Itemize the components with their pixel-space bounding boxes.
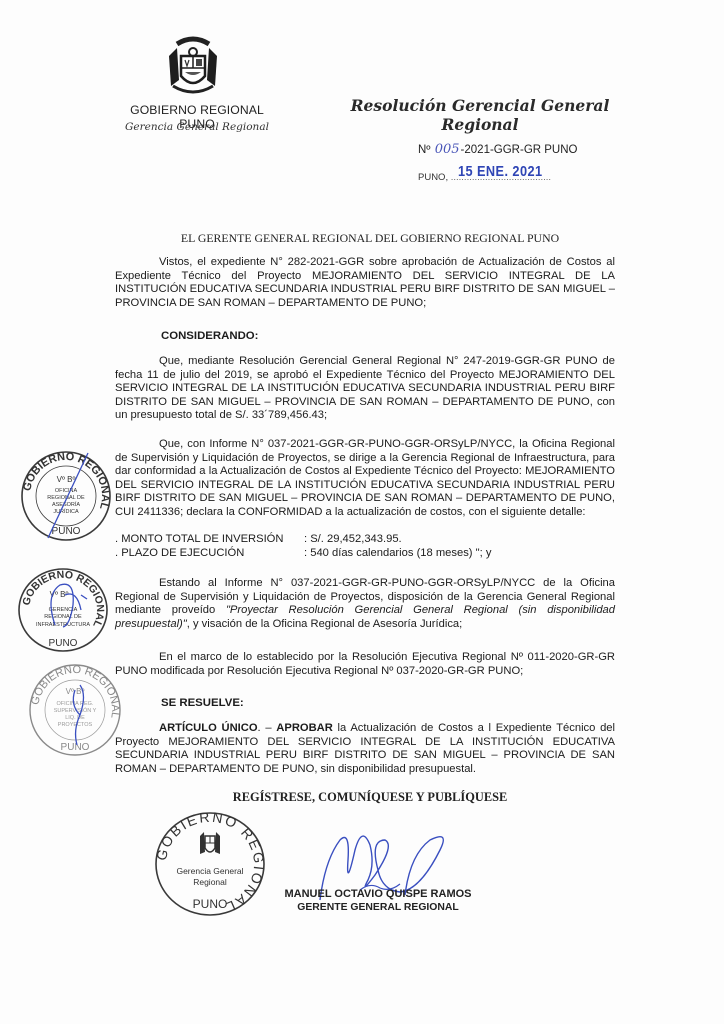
signer-title: GERENTE GENERAL REGIONAL: [268, 902, 488, 913]
handwritten-signature: [300, 820, 460, 915]
considerando-paragraph-3: Estando al Informe N° 037-2021-GGR-GR-PU…: [115, 577, 615, 631]
stamp-gerencia-general: GOBIERNO REGIONAL PUNO Gerencia General …: [152, 810, 268, 918]
svg-text:JURÍDICA: JURÍDICA: [53, 508, 79, 515]
vistos-paragraph: Vistos, el expediente N° 282-2021-GGR so…: [115, 256, 615, 310]
svg-text:Vº Bº: Vº Bº: [57, 475, 76, 484]
svg-text:GERENCIA: GERENCIA: [49, 607, 78, 613]
svg-text:OFICINA REG.: OFICINA REG.: [57, 701, 94, 707]
document-type-title: Resolución Gerencial General Regional: [330, 96, 630, 134]
svg-text:ASESORÍA: ASESORÍA: [52, 501, 80, 508]
considerando-paragraph-1: Que, mediante Resolución Gerencial Gener…: [115, 355, 615, 423]
svg-text:OFICINA: OFICINA: [55, 488, 78, 494]
place-label: PUNO,: [418, 172, 448, 183]
considerando-paragraph-2: Que, con Informe N° 037-2021-GGR-GR-PUNO…: [115, 438, 615, 520]
number-handwritten: 005: [435, 142, 460, 157]
peru-coat-of-arms-icon: [163, 36, 223, 98]
svg-text:Regional: Regional: [193, 877, 227, 887]
svg-text:PUNO: PUNO: [193, 897, 228, 911]
closing-formula: REGÍSTRESE, COMUNÍQUESE Y PUBLÍQUESE: [100, 790, 640, 805]
cost-details: . MONTO TOTAL DE INVERSIÓN : S/. 29,452,…: [115, 533, 491, 560]
sub-organization-name: Gerencia General Regional: [112, 121, 282, 133]
detail-row-term: . PLAZO DE EJECUCIÓN : 540 días calendar…: [115, 547, 491, 561]
document-number: Nº 005-2021-GGR-GR PUNO: [418, 142, 577, 157]
articulo-unico-paragraph: ARTÍCULO ÚNICO. – APROBAR la Actualizaci…: [115, 722, 615, 776]
considerando-heading: CONSIDERANDO:: [161, 330, 258, 342]
signer-name: MANUEL OCTAVIO QUISPE RAMOS: [268, 888, 488, 900]
document-page: GOBIERNO REGIONAL PUNO Gerencia General …: [0, 0, 724, 1024]
stamp-supervision-liquidacion: GOBIERNO REGIONAL PUNO Vº Bº OFICINA REG…: [25, 660, 125, 760]
resuelve-heading: SE RESUELVE:: [161, 697, 244, 709]
date-stamp: 15 ENE. 2021: [458, 163, 542, 180]
number-prefix: Nº: [418, 144, 431, 156]
svg-text:PUNO: PUNO: [61, 742, 90, 753]
svg-text:GOBIERNO REGIONAL: GOBIERNO REGIONAL: [20, 569, 106, 630]
svg-text:PROYECTOS: PROYECTOS: [58, 722, 93, 728]
svg-text:LIQ. DE: LIQ. DE: [65, 715, 85, 721]
authority-line: EL GERENTE GENERAL REGIONAL DEL GOBIERNO…: [100, 231, 640, 246]
svg-text:PUNO: PUNO: [52, 526, 81, 537]
number-suffix: -2021-GGR-GR PUNO: [461, 144, 578, 156]
stamp-infraestructura: GOBIERNO REGIONAL PUNO Vº Bº GERENCIA RE…: [15, 565, 111, 655]
svg-text:PUNO: PUNO: [49, 638, 78, 649]
stamp-asesoria-juridica: GOBIERNO REGIONAL PUNO Vº Bº OFICINA REG…: [18, 448, 114, 544]
detail-row-investment: . MONTO TOTAL DE INVERSIÓN : S/. 29,452,…: [115, 533, 491, 547]
svg-text:Gerencia General: Gerencia General: [176, 866, 243, 876]
svg-text:REGIONAL DE: REGIONAL DE: [44, 614, 82, 620]
considerando-paragraph-4: En el marco de lo establecido por la Res…: [115, 651, 615, 678]
